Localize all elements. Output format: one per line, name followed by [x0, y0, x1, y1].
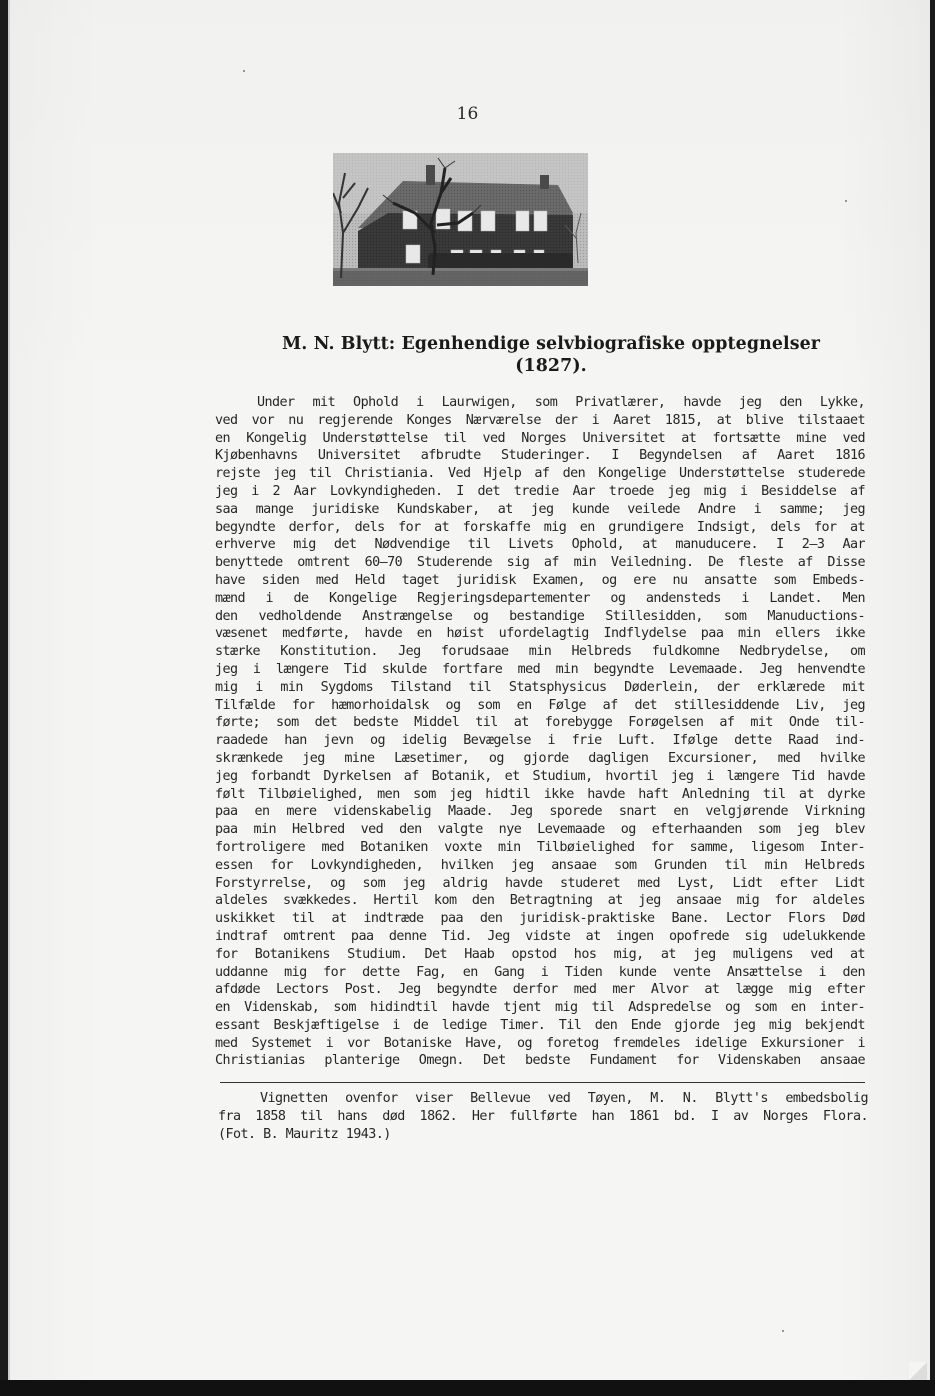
body-line: jeg forbandt Dyrkelsen af Botanik, et St… [215, 768, 865, 786]
scan-border [0, 1380, 935, 1396]
body-line: Christianias planterige Omegn. Det bedst… [215, 1052, 865, 1070]
body-line: paa en mere videnskabelig Maade. Jeg spo… [215, 803, 865, 821]
title-main: M. N. Blytt: Egenhendige selvbiografiske… [236, 333, 866, 355]
body-line: mænd i de Kongelige Regjeringsdepartemen… [215, 590, 865, 608]
body-line: essen for Lovkyndigheden, hvilken jeg an… [215, 857, 865, 875]
body-line: stærke Konstitution. Jeg forudsaae min H… [215, 643, 865, 661]
body-line: Kjøbenhavns Universitet afbrudte Studeri… [215, 447, 865, 465]
article-body: Under mit Ophold i Laurwigen, som Privat… [215, 394, 865, 1070]
caption-line: Vignetten ovenfor viser Bellevue ved Tøy… [218, 1090, 868, 1108]
body-line: raadede han jevn og idelig Bevægelse i f… [215, 732, 865, 750]
body-line: med Systemet i vor Botaniske Have, og fo… [215, 1035, 865, 1053]
body-line: paa min Helbred ved den valgte nye Levem… [215, 821, 865, 839]
body-line: begyndte derfor, dels for at forskaffe m… [215, 519, 865, 537]
body-line: Forstyrrelse, og som jeg aldrig havde st… [215, 875, 865, 893]
body-line: have siden med Held taget juridisk Exame… [215, 572, 865, 590]
body-line: essant Beskjæftigelse i de ledige Timer.… [215, 1017, 865, 1035]
caption-line: fra 1858 til hans død 1862. Her fullført… [218, 1108, 868, 1126]
body-line: en Kongelig Understøttelse til ved Norge… [215, 430, 865, 448]
body-line: Tilfælde for hæmorhoidalsk og som en Føl… [215, 697, 865, 715]
body-line: aldeles svækkedes. Hertil kom den Betrag… [215, 892, 865, 910]
body-line: uskikket til at indtræde paa den juridis… [215, 910, 865, 928]
body-line: jeg i 2 Aar Lovkyndigheden. I det tredie… [215, 483, 865, 501]
photo-caption: Vignetten ovenfor viser Bellevue ved Tøy… [218, 1090, 868, 1143]
body-line: saa mange juridiske Kundskaber, at jeg k… [215, 501, 865, 519]
body-line: jeg i længere Tid skulde fortfare med mi… [215, 661, 865, 679]
body-line: benyttede omtrent 60—70 Studerende sig a… [215, 554, 865, 572]
article-title: M. N. Blytt: Egenhendige selvbiografiske… [236, 333, 866, 377]
body-line: afdøde Lectors Post. Jeg begyndte derfor… [215, 981, 865, 999]
body-line: for Botanikens Studium. Det Haab opstod … [215, 946, 865, 964]
body-line: ved vor nu regjerende Konges Nærværelse … [215, 412, 865, 430]
building-photo [333, 153, 588, 286]
footnote-divider [220, 1082, 865, 1083]
page-number: 16 [0, 104, 935, 124]
caption-line: (Fot. B. Mauritz 1943.) [218, 1126, 868, 1144]
body-line: mig i min Sygdoms Tilstand til Statsphys… [215, 679, 865, 697]
scan-speck [782, 1330, 784, 1332]
body-line: førte; som det bedste Middel til at fore… [215, 714, 865, 732]
body-line: følt Tilbøielighed, men som jeg hidtil i… [215, 786, 865, 804]
body-line: erhverve mig det Nødvendige til Livets O… [215, 536, 865, 554]
scan-speck [845, 200, 847, 202]
body-line: væsenet medførte, havde en høist ufordel… [215, 625, 865, 643]
scan-speck [243, 70, 245, 72]
body-line: indtraf omtrent paa denne Tid. Jeg vidst… [215, 928, 865, 946]
title-year: (1827). [236, 355, 866, 377]
body-line: fortroligere med Botaniken voxte min Til… [215, 839, 865, 857]
body-line: Under mit Ophold i Laurwigen, som Privat… [215, 394, 865, 412]
body-line: uddanne mig for dette Fag, en Gang i Tid… [215, 964, 865, 982]
body-line: rejste jeg til Christiania. Ved Hjelp af… [215, 465, 865, 483]
body-line: skrænkede jeg mine Læsetimer, og gjorde … [215, 750, 865, 768]
body-line: den vedholdende Anstrængelse og bestandi… [215, 608, 865, 626]
photo-image-icon [333, 153, 588, 286]
page-corner [909, 1362, 927, 1380]
body-line: en Videnskab, som hidindtil havde tjent … [215, 999, 865, 1017]
